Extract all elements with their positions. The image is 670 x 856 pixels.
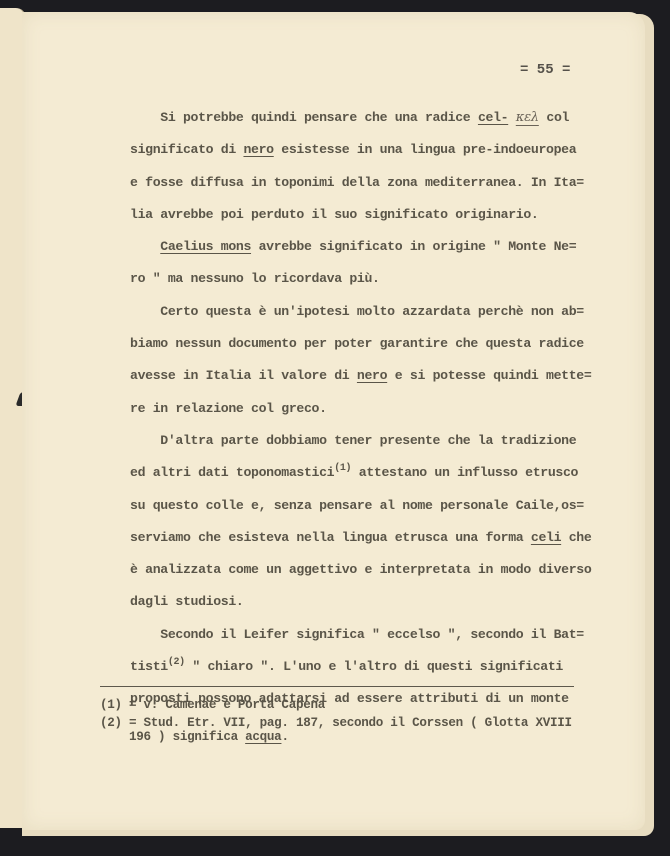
text-line: significato di nero esistesse in una lin… (130, 140, 580, 172)
footnote-line: (2) = Stud. Etr. VII, pag. 187, secondo … (100, 716, 580, 730)
text-run: " chiaro ". L'uno e l'altro di questi si… (185, 659, 563, 674)
text-line: Secondo il Leifer significa " eccelso ",… (130, 625, 580, 657)
paragraph: Si potrebbe quindi pensare che una radic… (130, 108, 580, 237)
footnote: (1) = v. Camenae e Porta Capena (100, 698, 580, 712)
underlined-term: Caelius mons (160, 239, 251, 254)
text-line: avesse in Italia il valore di nero e si … (130, 366, 580, 398)
text-run: avesse in Italia il valore di (130, 368, 357, 383)
text-run (508, 110, 516, 125)
text-run: ed altri dati toponomastici (130, 465, 334, 480)
text-run: attestano un influsso etrusco (351, 465, 578, 480)
text-line: lia avrebbe poi perduto il suo significa… (130, 205, 580, 237)
underlined-term: cel- (478, 110, 508, 125)
text-run: biamo nessun documento per poter garanti… (130, 336, 584, 351)
underlined-term: acqua (245, 730, 281, 744)
text-run: col (539, 110, 569, 125)
text-run: 196 ) significa (100, 730, 245, 744)
page-number: = 55 = (520, 62, 570, 78)
text-line: dagli studiosi. (130, 592, 580, 624)
text-run: D'altra parte dobbiamo tener presente ch… (130, 433, 576, 448)
text-run: esistesse in una lingua pre-indoeuropea (274, 142, 577, 157)
footnote-ref: (2) (168, 657, 185, 668)
footnotes: (1) = v. Camenae e Porta Capena(2) = Stu… (100, 698, 580, 748)
text-run: (1) = v. Camenae e Porta Capena (100, 698, 325, 712)
text-run: (2) = Stud. Etr. VII, pag. 187, secondo … (100, 716, 572, 730)
underlined-term: nero (357, 368, 387, 383)
paragraph: Certo questa è un'ipotesi molto azzardat… (130, 302, 580, 431)
text-run: Certo questa è un'ipotesi molto azzardat… (130, 304, 584, 319)
text-run: Si potrebbe quindi pensare che una radic… (130, 110, 478, 125)
text-run: e fosse diffusa in toponimi della zona m… (130, 175, 584, 190)
text-run: dagli studiosi. (130, 594, 243, 609)
footnote-separator (100, 686, 574, 687)
text-line: è analizzata come un aggettivo e interpr… (130, 560, 580, 592)
footnote-ref: (1) (334, 463, 351, 474)
paragraph: D'altra parte dobbiamo tener presente ch… (130, 431, 580, 625)
text-line: tisti(2) " chiaro ". L'uno e l'altro di … (130, 657, 580, 689)
text-line: su questo colle e, senza pensare al nome… (130, 496, 580, 528)
text-run: è analizzata come un aggettivo e interpr… (130, 562, 591, 577)
text-line: ed altri dati toponomastici(1) attestano… (130, 463, 580, 495)
text-line: re in relazione col greco. (130, 399, 580, 431)
paragraph: Caelius mons avrebbe significato in orig… (130, 237, 580, 302)
text-run: serviamo che esisteva nella lingua etrus… (130, 530, 531, 545)
text-line: Caelius mons avrebbe significato in orig… (130, 237, 580, 269)
underlined-term: celi (531, 530, 561, 545)
text-line: Si potrebbe quindi pensare che una radic… (130, 108, 580, 140)
text-line: D'altra parte dobbiamo tener presente ch… (130, 431, 580, 463)
greek-annotation: κελ (516, 110, 539, 125)
text-line: ro " ma nessuno lo ricordava più. (130, 269, 580, 301)
text-line: biamo nessun documento per poter garanti… (130, 334, 580, 366)
text-run: significato di (130, 142, 243, 157)
footnote-line: (1) = v. Camenae e Porta Capena (100, 698, 580, 712)
text-line: Certo questa è un'ipotesi molto azzardat… (130, 302, 580, 334)
text-run: ro " ma nessuno lo ricordava più. (130, 271, 380, 286)
text-run: avrebbe significato in origine " Monte N… (251, 239, 576, 254)
text-run (130, 239, 160, 254)
text-line: e fosse diffusa in toponimi della zona m… (130, 173, 580, 205)
body-text: Si potrebbe quindi pensare che una radic… (130, 108, 580, 722)
text-run: . (281, 730, 288, 744)
footnote-line: 196 ) significa acqua. (100, 730, 580, 744)
underlined-term: nero (243, 142, 273, 157)
footnote: (2) = Stud. Etr. VII, pag. 187, secondo … (100, 716, 580, 744)
text-run: che (561, 530, 591, 545)
text-run: Secondo il Leifer significa " eccelso ",… (130, 627, 584, 642)
text-run: su questo colle e, senza pensare al nome… (130, 498, 584, 513)
text-run: e si potesse quindi mette= (387, 368, 591, 383)
text-run: tisti (130, 659, 168, 674)
text-run: re in relazione col greco. (130, 401, 327, 416)
text-line: serviamo che esisteva nella lingua etrus… (130, 528, 580, 560)
text-run: lia avrebbe poi perduto il suo significa… (130, 207, 538, 222)
